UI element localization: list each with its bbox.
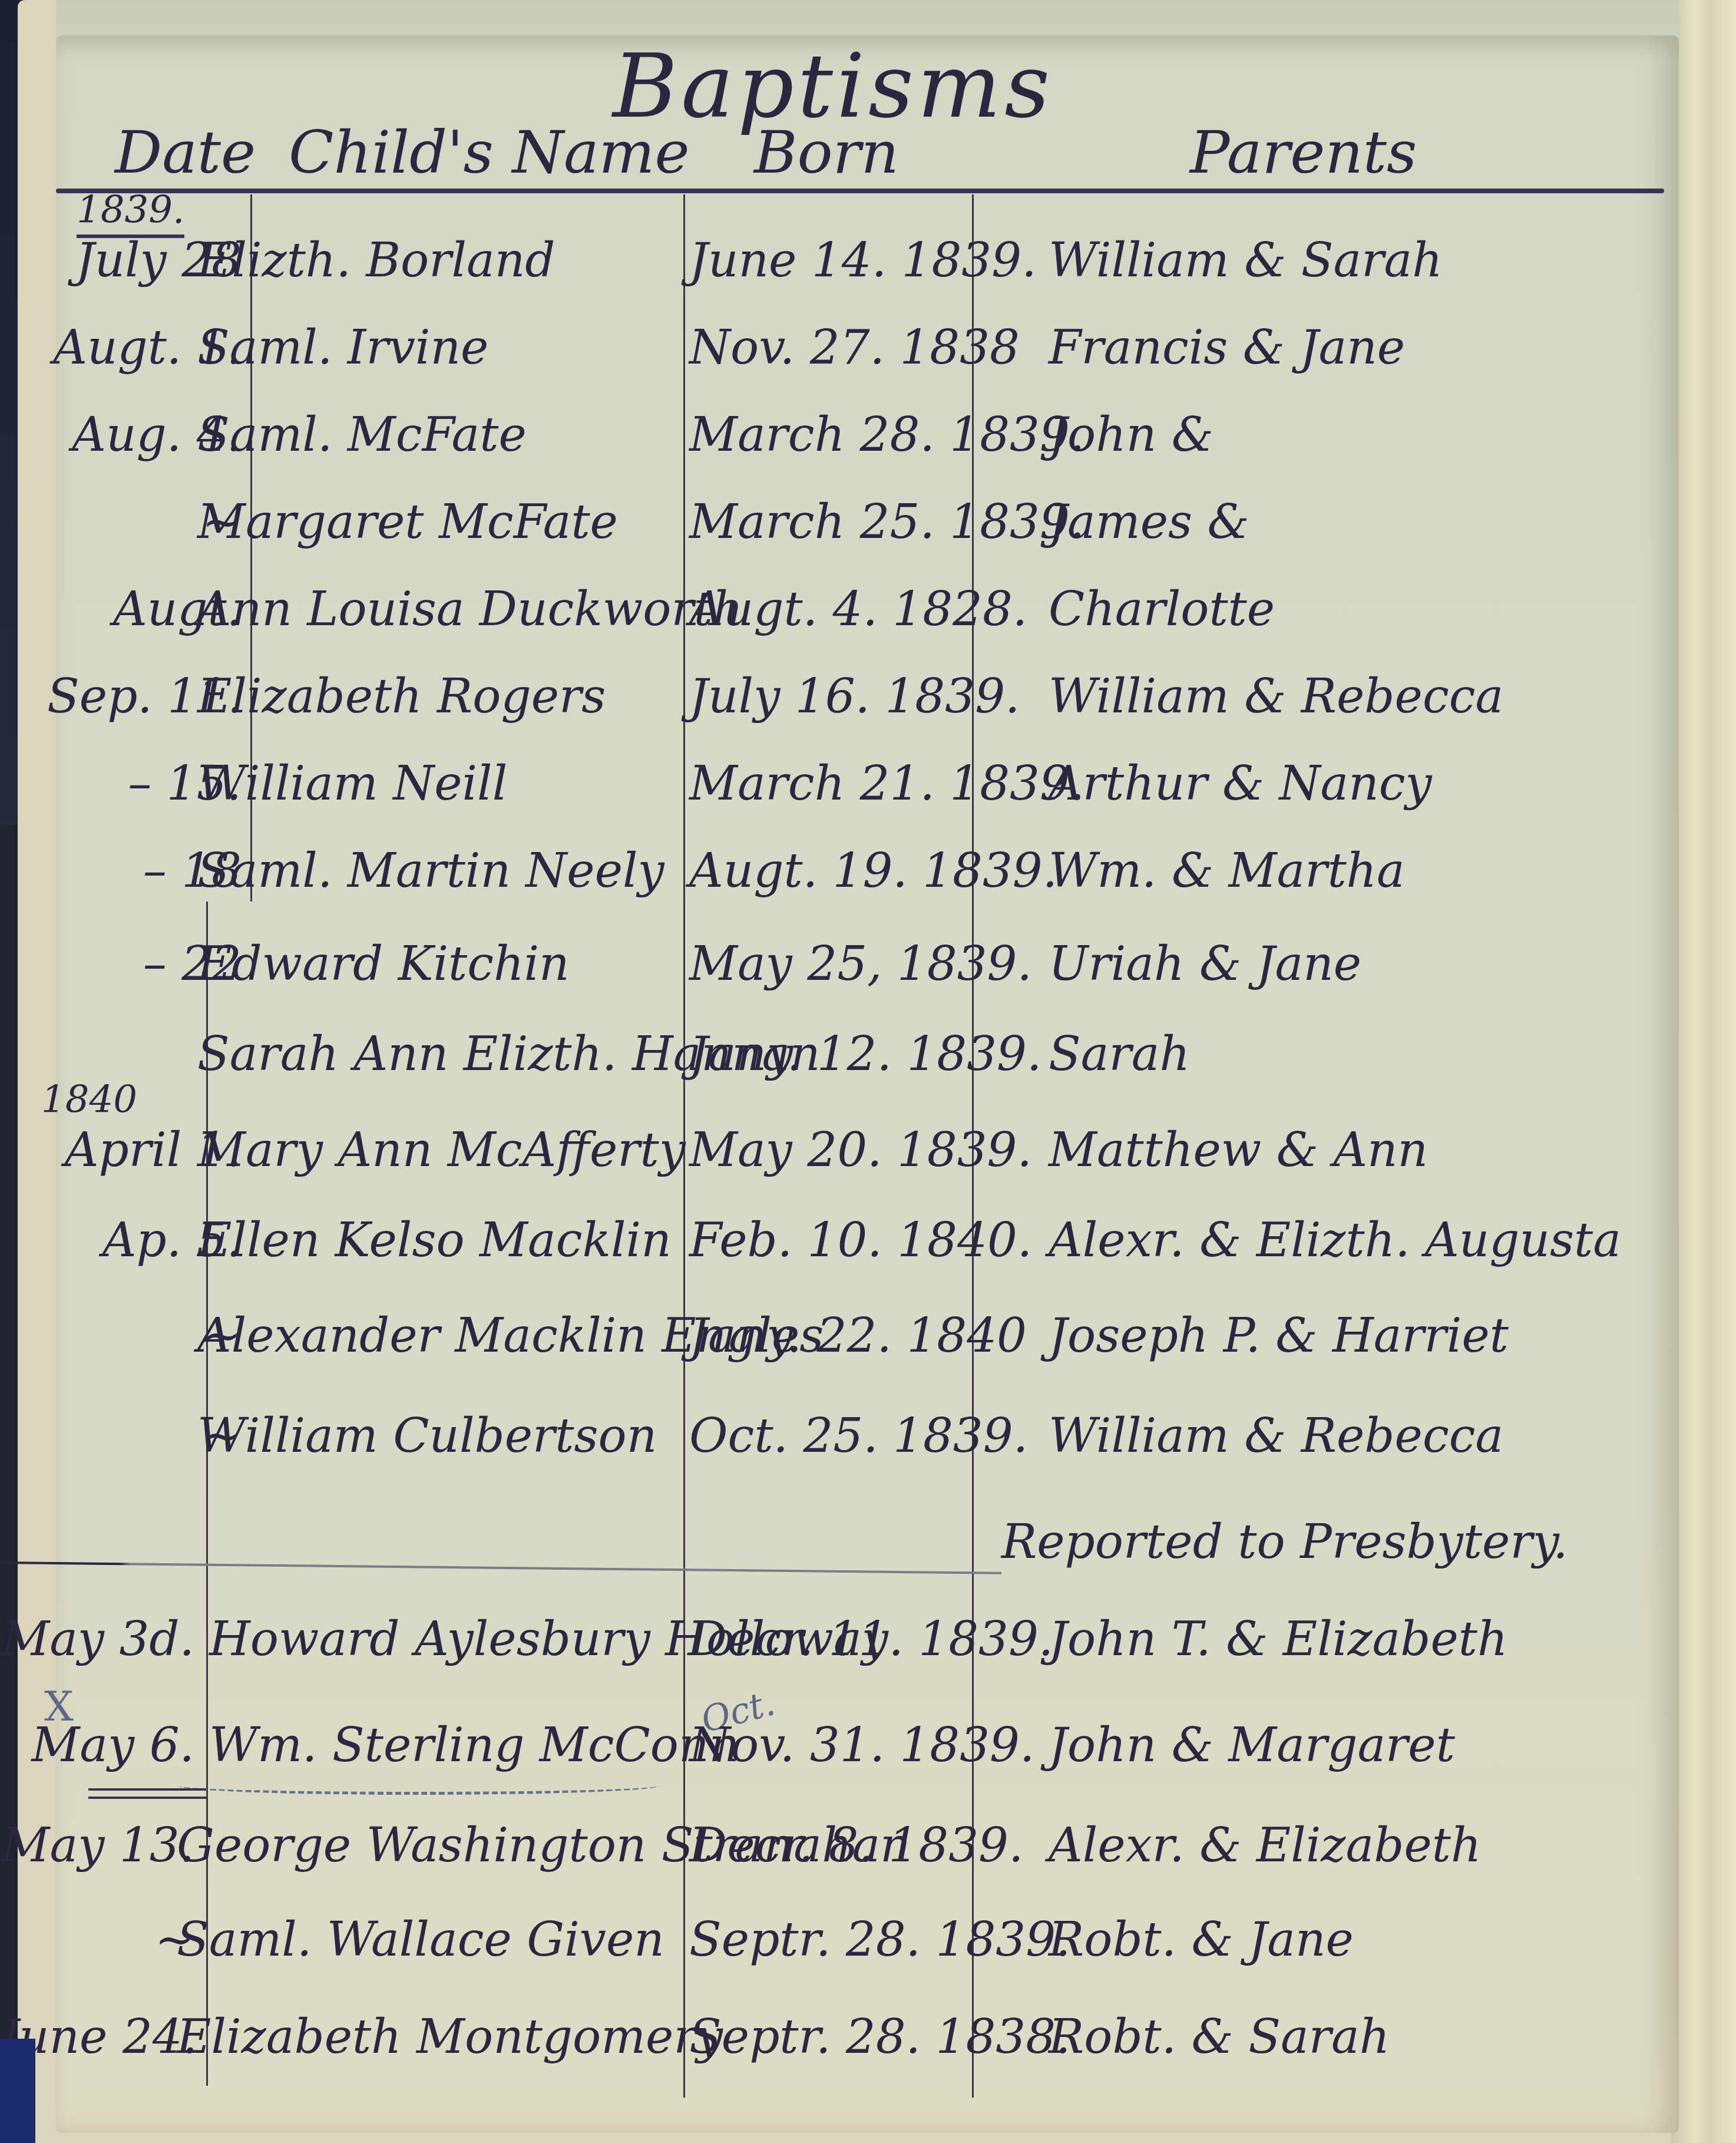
- table-row: – 15. William Neill March 21. 1839. Arth…: [0, 756, 1736, 843]
- row-parents: William & Rebecca: [1049, 1408, 1503, 1463]
- row-child-name: Elizth. Borland: [197, 233, 555, 288]
- row-born: Jany. 12. 1839.: [689, 1026, 1041, 1081]
- row-date: May 3d.: [0, 1612, 194, 1666]
- row-born: May 20. 1839.: [689, 1122, 1032, 1177]
- row-born: Septr. 28. 1839.: [689, 1912, 1071, 1967]
- table-row: ~ Alexander Macklin Engles Jany. 22. 184…: [0, 1308, 1736, 1395]
- table-row: ~ Margaret McFate March 25. 1839. James …: [0, 494, 1736, 582]
- row-parents: Arthur & Nancy: [1049, 756, 1432, 811]
- row-child-name: Mary Ann McAfferty: [197, 1122, 686, 1177]
- row-parents: Alexr. & Elizabeth: [1049, 1818, 1481, 1873]
- row-child-name: Saml. McFate: [197, 407, 527, 462]
- row-child-name: William Neill: [197, 756, 507, 811]
- row-born: May 25, 1839.: [689, 936, 1032, 991]
- row-child-name: Saml. Wallace Given: [177, 1912, 664, 1967]
- row-born: March 28. 1839.: [689, 407, 1084, 462]
- table-row: – 18 Saml. Martin Neely Augt. 19. 1839. …: [0, 843, 1736, 930]
- row-born: Jany. 22. 1840: [689, 1308, 1027, 1363]
- row-born: June 14. 1839.: [689, 233, 1037, 288]
- table-row: July 28 Elizth. Borland June 14. 1839. W…: [0, 233, 1736, 320]
- column-header-child-name: Child's Name: [289, 118, 690, 187]
- row-child-name: Ellen Kelso Macklin: [197, 1213, 672, 1267]
- binding-corner: [0, 2039, 35, 2143]
- pencil-wavy-underline: [177, 1777, 660, 1795]
- row-parents: Robt. & Jane: [1049, 1912, 1354, 1967]
- double-underline: [88, 1788, 206, 1799]
- row-born: Feb. 10. 1840.: [689, 1213, 1032, 1267]
- column-header-parents: Parents: [1190, 118, 1417, 187]
- row-parents: Charlotte: [1049, 582, 1275, 636]
- row-parents: Alexr. & Elizth. Augusta: [1049, 1213, 1621, 1267]
- row-child-name: William Culbertson: [197, 1408, 657, 1463]
- row-born: Nov. 31. 1839.: [689, 1718, 1034, 1772]
- row-parents: John T. & Elizabeth: [1049, 1612, 1507, 1666]
- row-born: Augt. 4. 1828.: [689, 582, 1027, 636]
- row-child-name: Edward Kitchin: [197, 936, 570, 991]
- table-row: – 22 Edward Kitchin May 25, 1839. Uriah …: [0, 936, 1736, 1023]
- table-row: Sarah Ann Elizth. Hannan Jany. 12. 1839.…: [0, 1026, 1736, 1114]
- row-child-name: Saml. Martin Neely: [197, 843, 664, 898]
- row-child-name: Saml. Irvine: [197, 320, 488, 375]
- row-child-name: Ann Louisa Duckworth: [197, 582, 743, 636]
- table-row: May 3d. Howard Aylesbury Holloway Decr. …: [0, 1612, 1736, 1699]
- row-born: Oct. 25. 1839.: [689, 1408, 1028, 1463]
- row-parents: Robt. & Sarah: [1049, 2009, 1390, 2064]
- row-date: May 6.: [0, 1718, 194, 1772]
- table-row: Ap. 5. Ellen Kelso Macklin Feb. 10. 1840…: [0, 1213, 1736, 1300]
- table-row: May 13. George Washington Stranahan Decr…: [0, 1818, 1736, 1905]
- row-born: Augt. 19. 1839.: [689, 843, 1057, 898]
- row-parents: Wm. & Martha: [1049, 843, 1405, 898]
- row-born: March 25. 1839.: [689, 494, 1084, 549]
- row-born: Decr. 8. 1839.: [689, 1818, 1023, 1873]
- table-row: June 24. Elizabeth Montgomery Septr. 28.…: [0, 2009, 1736, 2096]
- table-row: ~ Saml. Wallace Given Septr. 28. 1839. R…: [0, 1912, 1736, 1999]
- row-child-name: Elizabeth Montgomery: [177, 2009, 723, 2064]
- reported-to-presbytery-note: Reported to Presbytery.: [1001, 1514, 1568, 1569]
- row-parents: Uriah & Jane: [1049, 936, 1361, 991]
- row-born: July 16. 1839.: [689, 669, 1020, 724]
- row-parents: William & Sarah: [1049, 233, 1443, 288]
- row-child-name: Wm. Sterling McConn: [209, 1718, 739, 1772]
- column-header-row: Date Child's Name Born Parents: [0, 118, 1736, 189]
- table-row: Sep. 11. Elizabeth Rogers July 16. 1839.…: [0, 669, 1736, 756]
- column-header-born: Born: [754, 118, 899, 187]
- row-born: Decr. 11. 1839.: [689, 1612, 1053, 1666]
- row-born: Septr. 28. 1838.: [689, 2009, 1071, 2064]
- table-row: Augt. 1. Saml. Irvine Nov. 27. 1838 Fran…: [0, 320, 1736, 407]
- row-parents: Sarah: [1049, 1026, 1190, 1081]
- row-parents: William & Rebecca: [1049, 669, 1503, 724]
- row-born: Nov. 27. 1838: [689, 320, 1020, 375]
- row-born: March 21. 1839.: [689, 756, 1084, 811]
- row-parents: John &: [1049, 407, 1213, 462]
- row-date: May 13.: [0, 1818, 194, 1873]
- table-row: Aug. 4. Saml. McFate March 28. 1839. Joh…: [0, 407, 1736, 494]
- row-child-name: Elizabeth Rogers: [197, 669, 606, 724]
- column-header-date: Date: [115, 118, 256, 187]
- row-parents: Joseph P. & Harriet: [1049, 1308, 1509, 1363]
- row-date: ~: [0, 1912, 194, 1967]
- table-row: Augt. Ann Louisa Duckworth Augt. 4. 1828…: [0, 582, 1736, 669]
- table-row: ~ William Culbertson Oct. 25. 1839. Will…: [0, 1408, 1736, 1495]
- year-label-1839: 1839.: [77, 189, 184, 238]
- row-parents: Francis & Jane: [1049, 320, 1405, 375]
- row-parents: John & Margaret: [1049, 1718, 1455, 1772]
- row-child-name: Margaret McFate: [197, 494, 618, 549]
- table-row: April 1. Mary Ann McAfferty May 20. 1839…: [0, 1122, 1736, 1210]
- header-rule: [56, 189, 1664, 193]
- row-parents: Matthew & Ann: [1049, 1122, 1428, 1177]
- row-parents: James &: [1049, 494, 1249, 549]
